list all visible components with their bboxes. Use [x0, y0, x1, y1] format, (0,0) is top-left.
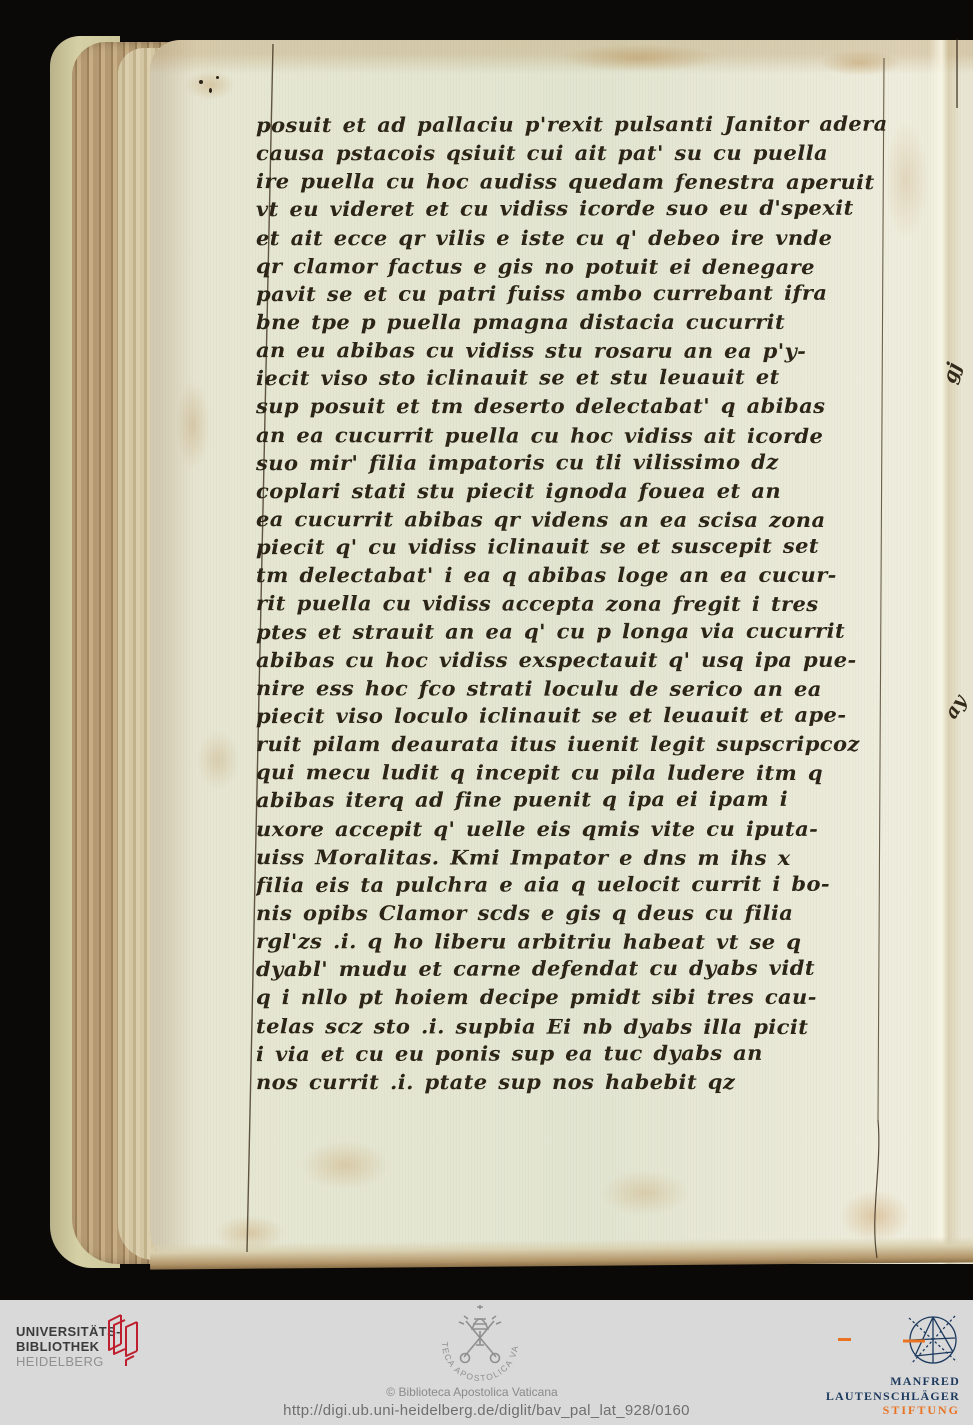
- manuscript-text-block: posuit et ad pallaciu p'rexit pulsanti J…: [256, 112, 888, 1104]
- manuscript-line: ire puella cu hoc audiss quedam fenestra…: [256, 168, 888, 196]
- manuscript-line: iecit viso sto iclinauit se et stu leuau…: [256, 364, 888, 393]
- manuscript-line: ptes et strauit an ea q' cu p longa via …: [256, 617, 888, 646]
- manuscript-line: suo mir' filia impatoris cu tli vilissim…: [256, 448, 888, 477]
- manuscript-line: sup posuit et tm deserto delectabat' q a…: [256, 393, 888, 420]
- manuscript-line: abibas cu hoc vidiss exspectauit q' usq …: [256, 646, 888, 673]
- manuscript-line: qui mecu ludit q incepit cu pila ludere …: [256, 759, 888, 787]
- manuscript-line: an ea cucurrit puella cu hoc vidiss ait …: [256, 422, 888, 450]
- manuscript-line: uiss Moralitas. Kmi Impator e dns m ihs …: [256, 844, 888, 872]
- manuscript-line: posuit et ad pallaciu p'rexit pulsanti J…: [256, 112, 888, 139]
- manuscript-line: nis opibs Clamor scds e gis q deus cu fi…: [256, 900, 888, 927]
- ink-dot: [199, 80, 203, 84]
- scan-viewport: posuit et ad pallaciu p'rexit pulsanti J…: [0, 0, 973, 1425]
- manuscript-line: i via et cu eu ponis sup ea tuc dyabs an: [256, 1039, 888, 1068]
- manuscript-line: uxore accepit q' uelle eis qmis vite cu …: [256, 815, 888, 842]
- manuscript-line: abibas iterq ad fine puenit q ipa ei ipa…: [256, 786, 888, 815]
- manuscript-line: telas scz sto .i. supbia Ei nb dyabs ill…: [256, 1013, 888, 1041]
- orange-dash-icon: [838, 1338, 851, 1341]
- manuscript-line: piecit viso loculo iclinauit se et leuau…: [256, 701, 888, 730]
- manuscript-line: tm delectabat' i ea q abibas loge an ea …: [256, 562, 888, 589]
- ink-dot: [209, 88, 212, 93]
- page-fold-crease: [928, 40, 962, 1264]
- manuscript-line: pavit se et cu patri fuiss ambo curreban…: [256, 279, 888, 308]
- manuscript-line: ea cucurrit abibas qr videns an ea scisa…: [256, 506, 888, 534]
- manuscript-line: coplari stati stu piecit ignoda fouea et…: [256, 478, 888, 505]
- ub-heidelberg-logo-icon: [96, 1312, 148, 1370]
- manuscript-line: dyabl' mudu et carne defendat cu dyabs v…: [256, 955, 888, 984]
- manuscript-line: an eu abibas cu vidiss stu rosaru an ea …: [256, 337, 888, 365]
- stiftung-text-block: MANFRED LAUTENSCHLÄGER STIFTUNG: [760, 1374, 960, 1418]
- manuscript-line: piecit q' cu vidiss iclinauit se et susc…: [256, 533, 888, 562]
- page-top-crease: [956, 38, 958, 108]
- manuscript-line: rit puella cu vidiss accepta zona fregit…: [256, 590, 888, 618]
- manuscript-line: causa pstacois qsiuit cui ait pat' su cu…: [256, 140, 888, 167]
- manuscript-line: nos currit .i. ptate sup nos habebit qz: [256, 1068, 888, 1095]
- manuscript-line: q i nllo pt hoiem decipe pmidt sibi tres…: [256, 984, 888, 1011]
- manuscript-line: et ait ecce qr vilis e iste cu q' debeo …: [256, 224, 888, 251]
- manuscript-line: qr clamor factus e gis no potuit ei dene…: [256, 253, 888, 281]
- stiftung-line2: LAUTENSCHLÄGER: [760, 1389, 960, 1404]
- stiftung-line3: STIFTUNG: [760, 1403, 960, 1418]
- manuscript-line: vt eu videret et cu vidiss icorde suo eu…: [256, 195, 888, 224]
- manuscript-line: nire ess hoc fco strati loculu de serico…: [256, 675, 888, 703]
- stiftung-line1: MANFRED: [760, 1374, 960, 1389]
- vatican-seal-icon: BIBLIOTECA APOSTOLICA VATICANA: [428, 1305, 532, 1389]
- manuscript-line: bne tpe p puella pmagna distacia cucurri…: [256, 309, 888, 336]
- stiftung-logo-icon: [903, 1312, 961, 1370]
- manuscript-line: filia eis ta pulchra e aia q uelocit cur…: [256, 870, 888, 899]
- ink-dot: [216, 76, 219, 79]
- manuscript-line: rgl'zs .i. q ho liberu arbitriu habeat v…: [256, 928, 888, 956]
- manuscript-line: ruit pilam deaurata itus iuenit legit su…: [256, 731, 888, 758]
